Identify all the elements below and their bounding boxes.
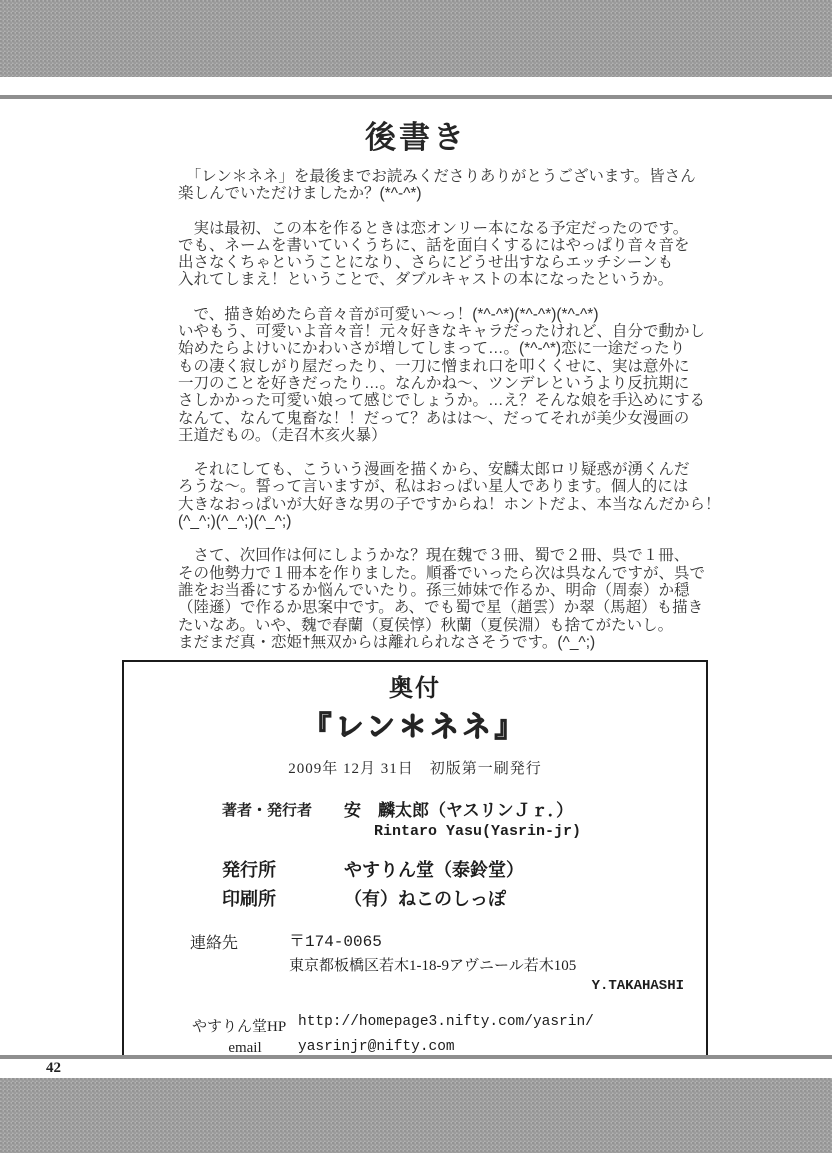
bottom-border-band — [0, 1078, 832, 1153]
scanned-page: 後書き 「レン＊ネネ」を最後までお読みくださりありがとうございます。皆さん 楽し… — [0, 0, 832, 1153]
afterword-paragraph-2: 実は最初、この本を作るときは恋オンリー本になる予定だったのです。 でも、ネームを… — [178, 220, 832, 289]
author-romaji: Rintaro Yasu(Yasrin-jr) — [374, 823, 581, 840]
contact-row: 連絡先 〒174-0065 東京都板橋区若木1-18-9アヴニール若木105 Y… — [124, 928, 706, 994]
homepage-url: http://homepage3.nifty.com/yasrin/ — [298, 1014, 594, 1030]
publisher-row: 発行所 やすりん堂（泰鈴堂） — [124, 856, 706, 882]
colophon-heading: 奥付 — [124, 668, 706, 703]
top-white-gap — [0, 77, 832, 95]
publisher-printer-rows: 発行所 やすりん堂（泰鈴堂） 印刷所 （有）ねこのしっぽ — [124, 856, 706, 911]
email-address: yasrinjr@nifty.com — [298, 1039, 455, 1055]
printer-label: 印刷所 — [222, 885, 344, 911]
author-name: 安 麟太郎（ヤスリンＪｒ．） — [344, 796, 581, 821]
afterword-body: 「レン＊ネネ」を最後までお読みくださりありがとうございます。皆さん 楽しんでいた… — [178, 168, 832, 651]
contact-label: 連絡先 — [190, 928, 289, 953]
afterword-paragraph-5: さて、次回作は何にしようかな？現在魏で３冊、蜀で２冊、呉で１冊、 その他勢力で１… — [178, 547, 832, 651]
contact-name: Y.TAKAHASHI — [289, 978, 684, 994]
web-contact-rows: やすりん堂HP http://homepage3.nifty.com/yasri… — [124, 1014, 706, 1057]
afterword-paragraph-1: 「レン＊ネネ」を最後までお読みくださりありがとうございます。皆さん 楽しんでいた… — [178, 168, 832, 203]
author-label: 著者・発行者 — [222, 796, 344, 820]
afterword-section: 後書き 「レン＊ネネ」を最後までお読みくださりありがとうございます。皆さん 楽し… — [0, 99, 832, 1055]
homepage-label: やすりん堂HP — [192, 1014, 298, 1036]
afterword-paragraph-3: で、描き始めたら音々音が可愛い～っ！(*^-^*)(*^-^*)(*^-^*) … — [178, 306, 832, 444]
afterword-title: 後書き — [0, 99, 832, 157]
contact-value: 〒174-0065 東京都板橋区若木1-18-9アヴニール若木105 Y.TAK… — [289, 928, 684, 994]
publisher-name: やすりん堂（泰鈴堂） — [344, 856, 524, 882]
email-label: email — [192, 1039, 298, 1057]
homepage-row: やすりん堂HP http://homepage3.nifty.com/yasri… — [124, 1014, 706, 1036]
printer-row: 印刷所 （有）ねこのしっぽ — [124, 885, 706, 911]
address: 東京都板橋区若木1-18-9アヴニール若木105 — [289, 954, 684, 975]
colophon-box: 奥付 『レン＊ネネ』 2009年 12月 31日 初版第一刷発行 著者・発行者 … — [122, 660, 708, 1081]
author-row: 著者・発行者 安 麟太郎（ヤスリンＪｒ．） Rintaro Yasu(Yasri… — [124, 796, 706, 840]
book-title: 『レン＊ネネ』 — [124, 705, 706, 745]
afterword-paragraph-4: それにしても、こういう漫画を描くから、安麟太郎ロリ疑惑が湧くんだ ろうな～。誓っ… — [178, 461, 832, 530]
edition-date: 2009年 12月 31日 初版第一刷発行 — [124, 757, 706, 778]
author-value: 安 麟太郎（ヤスリンＪｒ．） Rintaro Yasu(Yasrin-jr) — [344, 796, 581, 840]
postal-code: 〒174-0065 — [289, 928, 684, 951]
top-border-band — [0, 0, 832, 77]
publisher-label: 発行所 — [222, 856, 344, 882]
page-number: 42 — [46, 1060, 61, 1077]
page-footer: 42 — [0, 1059, 832, 1078]
printer-name: （有）ねこのしっぽ — [344, 885, 506, 911]
